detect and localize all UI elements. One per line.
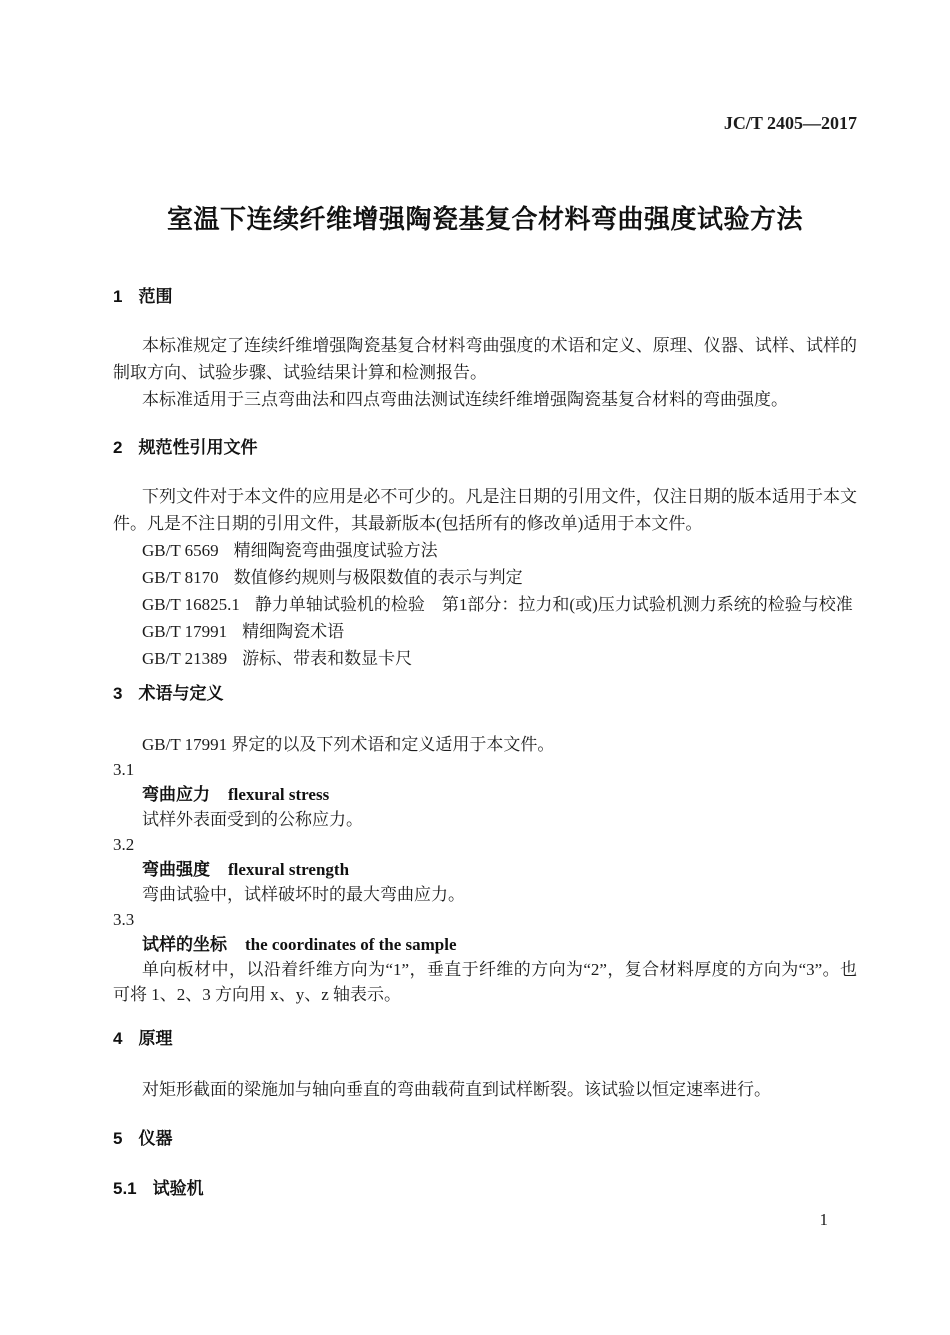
section-4-title: 原理 xyxy=(138,1029,172,1048)
section-5-number: 5 xyxy=(113,1129,122,1148)
term-definition: 单向板材中，以沿着纤维方向为“1”，垂直于纤维的方向为“2”，复合材料厚度的方向… xyxy=(113,957,857,1007)
document-page: JC/T 2405—2017 室温下连续纤维增强陶瓷基复合材料弯曲强度试验方法 … xyxy=(0,0,950,1335)
section-1-paragraph-2: 本标准适用于三点弯曲法和四点弯曲法测试连续纤维增强陶瓷基复合材料的弯曲强度。 xyxy=(113,386,857,413)
normative-references-list: GB/T 6569精细陶瓷弯曲强度试验方法 GB/T 8170数值修约规则与极限… xyxy=(113,537,857,672)
reference-title: 精细陶瓷术语 xyxy=(242,622,344,641)
section-4-heading: 4原理 xyxy=(113,1029,857,1049)
term-name-en: flexural stress xyxy=(228,785,329,804)
section-3-number: 3 xyxy=(113,684,122,703)
section-3-title: 术语与定义 xyxy=(138,684,223,703)
standard-code: JC/T 2405—2017 xyxy=(113,113,857,133)
term-number: 3.3 xyxy=(113,907,857,932)
reference-item: GB/T 8170数值修约规则与极限数值的表示与判定 xyxy=(113,564,857,591)
reference-item: GB/T 16825.1静力单轴试验机的检验 第1部分：拉力和(或)压力试验机测… xyxy=(113,591,857,618)
term-name: 弯曲应力flexural stress xyxy=(113,782,857,807)
term-name-zh: 弯曲应力 xyxy=(142,785,210,804)
section-1-paragraph-1: 本标准规定了连续纤维增强陶瓷基复合材料弯曲强度的术语和定义、原理、仪器、试样、试… xyxy=(113,332,857,386)
reference-item: GB/T 21389游标、带表和数显卡尺 xyxy=(113,645,857,672)
section-5-heading: 5仪器 xyxy=(113,1129,857,1149)
section-5-1-title: 试验机 xyxy=(153,1179,204,1198)
section-5-1-number: 5.1 xyxy=(113,1179,137,1198)
reference-code: GB/T 6569 xyxy=(142,541,219,560)
page-number: 1 xyxy=(820,1210,829,1230)
reference-code: GB/T 8170 xyxy=(142,568,219,587)
term-name-en: the coordinates of the sample xyxy=(245,935,457,954)
term-name: 弯曲强度flexural strength xyxy=(113,857,857,882)
term-name-en: flexural strength xyxy=(228,860,349,879)
reference-title: 精细陶瓷弯曲强度试验方法 xyxy=(234,541,438,560)
reference-title: 数值修约规则与极限数值的表示与判定 xyxy=(234,568,523,587)
section-4-paragraph-1: 对矩形截面的梁施加与轴向垂直的弯曲载荷直到试样断裂。该试验以恒定速率进行。 xyxy=(113,1076,857,1103)
section-5-1-heading: 5.1试验机 xyxy=(113,1179,857,1199)
section-1-heading: 1范围 xyxy=(113,287,857,307)
term-number: 3.1 xyxy=(113,757,857,782)
reference-item: GB/T 6569精细陶瓷弯曲强度试验方法 xyxy=(113,537,857,564)
section-4-number: 4 xyxy=(113,1029,122,1048)
term-name-zh: 弯曲强度 xyxy=(142,860,210,879)
term-number: 3.2 xyxy=(113,832,857,857)
reference-code: GB/T 17991 xyxy=(142,622,227,641)
section-2-number: 2 xyxy=(113,438,122,457)
section-3-intro: GB/T 17991 界定的以及下列术语和定义适用于本文件。 xyxy=(113,732,857,757)
term-definition: 试样外表面受到的公称应力。 xyxy=(113,807,857,832)
term-name-zh: 试样的坐标 xyxy=(142,935,227,954)
document-title: 室温下连续纤维增强陶瓷基复合材料弯曲强度试验方法 xyxy=(113,202,857,236)
section-2-title: 规范性引用文件 xyxy=(138,438,257,457)
section-1-number: 1 xyxy=(113,287,122,306)
term-name: 试样的坐标the coordinates of the sample xyxy=(113,932,857,957)
reference-title: 游标、带表和数显卡尺 xyxy=(242,649,412,668)
reference-title: 静力单轴试验机的检验 第1部分：拉力和(或)压力试验机测力系统的检验与校准 xyxy=(255,595,853,614)
terms-and-definitions: GB/T 17991 界定的以及下列术语和定义适用于本文件。 3.1 弯曲应力f… xyxy=(113,732,857,1007)
section-2-paragraph-1: 下列文件对于本文件的应用是必不可少的。凡是注日期的引用文件，仅注日期的版本适用于… xyxy=(113,483,857,537)
section-3-heading: 3术语与定义 xyxy=(113,684,857,704)
reference-item: GB/T 17991精细陶瓷术语 xyxy=(113,618,857,645)
reference-code: GB/T 21389 xyxy=(142,649,227,668)
section-1-title: 范围 xyxy=(138,287,172,306)
term-definition: 弯曲试验中，试样破坏时的最大弯曲应力。 xyxy=(113,882,857,907)
section-5-title: 仪器 xyxy=(138,1129,172,1148)
reference-code: GB/T 16825.1 xyxy=(142,595,240,614)
section-2-heading: 2规范性引用文件 xyxy=(113,438,857,458)
